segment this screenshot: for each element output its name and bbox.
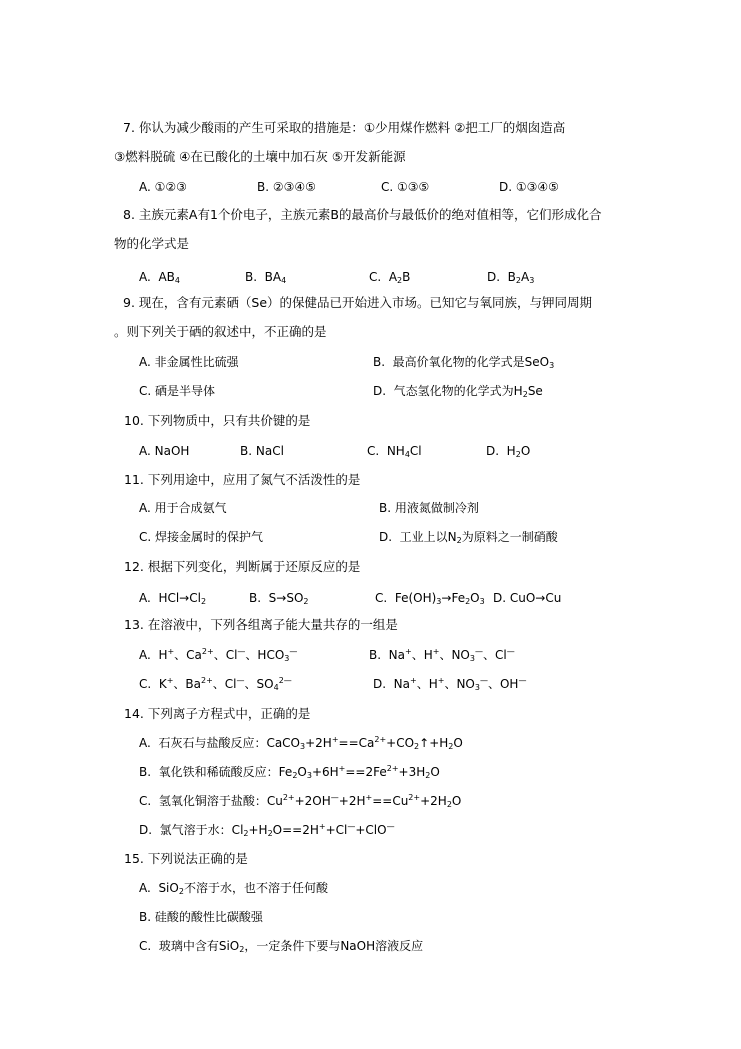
- question-12-option-c: C. Fe(OH)3→Fe2O3: [375, 590, 485, 606]
- question-12-option-d: D. CuO→Cu: [493, 590, 561, 606]
- question-7-option-b: B. ②③④⑤: [257, 179, 316, 195]
- question-8-option-d: D. B2A3: [487, 269, 534, 285]
- question-12-stem: 12. 根据下列变化，判断属于还原反应的是: [124, 559, 360, 575]
- question-10-stem: 10. 下列物质中，只有共价键的是: [124, 413, 310, 429]
- question-11-option-a: A. 用于合成氨气: [139, 500, 227, 516]
- question-12-option-b: B. S→SO2: [249, 590, 309, 606]
- question-8-option-c: C. A2B: [369, 269, 410, 285]
- question-13-option-d: D. Na+、H+、NO3—、OH—: [373, 676, 526, 692]
- question-9-line-2: 。则下列关于硒的叙述中，不正确的是: [114, 324, 327, 340]
- question-14-option-b: B. 氧化铁和稀硫酸反应：Fe2O3+6H+==2Fe2++3H2O: [139, 764, 440, 780]
- question-15-option-c: C. 玻璃中含有SiO2，一定条件下要与NaOH溶液反应: [139, 938, 423, 954]
- question-14-stem: 14. 下列离子方程式中，正确的是: [124, 706, 310, 722]
- question-9-option-d: D. 气态氢化物的化学式为H2Se: [373, 383, 543, 399]
- question-8-option-a: A. AB4: [139, 269, 180, 285]
- question-7-line-2: ③燃料脱硫 ④在已酸化的土壤中加石灰 ⑤开发新能源: [114, 149, 406, 165]
- question-13-option-c: C. K+、Ba2+、Cl—、SO42—: [139, 676, 292, 692]
- question-8-line-1: 8. 主族元素A有1个价电子，主族元素B的最高价与最低价的绝对值相等，它们形成化…: [123, 207, 601, 223]
- question-7-line-1: 7. 你认为减少酸雨的产生可采取的措施是：①少用煤作燃料 ②把工厂的烟囱造高: [123, 120, 565, 136]
- question-13-stem: 13. 在溶液中，下列各组离子能大量共存的一组是: [124, 617, 398, 633]
- question-15-stem: 15. 下列说法正确的是: [124, 851, 248, 867]
- question-10-option-d: D. H2O: [486, 443, 530, 459]
- question-7-option-a: A. ①②③: [139, 179, 187, 195]
- question-13-option-b: B. Na+、H+、NO3—、Cl—: [369, 647, 515, 663]
- question-10-option-a: A. NaOH: [139, 443, 189, 459]
- question-10-option-b: B. NaCl: [240, 443, 284, 459]
- question-9-option-a: A. 非金属性比硫强: [139, 354, 239, 370]
- question-13-option-a: A. H+、Ca2+、Cl—、HCO3—: [139, 647, 297, 663]
- question-7-option-c: C. ①③⑤: [381, 179, 429, 195]
- question-8-option-b: B. BA4: [245, 269, 286, 285]
- question-8-line-2: 物的化学式是: [114, 236, 189, 252]
- question-11-option-d: D. 工业上以N2为原料之一制硝酸: [379, 529, 558, 545]
- question-10-option-c: C. NH4Cl: [367, 443, 422, 459]
- question-11-option-c: C. 焊接金属时的保护气: [139, 529, 263, 545]
- question-9-line-1: 9. 现在，含有元素硒（Se）的保健品已开始进入市场。已知它与氧同族，与钾同周期: [123, 295, 592, 311]
- question-15-option-a: A. SiO2不溶于水，也不溶于任何酸: [139, 880, 328, 896]
- question-12-option-a: A. HCl→Cl2: [139, 590, 206, 606]
- question-15-option-b: B. 硅酸的酸性比碳酸强: [139, 909, 263, 925]
- question-14-option-a: A. 石灰石与盐酸反应：CaCO3+2H+==Ca2++CO2↑+H2O: [139, 735, 463, 751]
- question-11-option-b: B. 用液氮做制冷剂: [379, 500, 479, 516]
- question-9-option-b: B. 最高价氧化物的化学式是SeO3: [373, 354, 554, 370]
- question-7-option-d: D. ①③④⑤: [499, 179, 559, 195]
- question-9-option-c: C. 硒是半导体: [139, 383, 215, 399]
- question-14-option-c: C. 氢氧化铜溶于盐酸：Cu2++2OH—+2H+==Cu2++2H2O: [139, 793, 461, 809]
- question-11-stem: 11. 下列用途中，应用了氮气不活泼性的是: [124, 472, 360, 488]
- question-14-option-d: D. 氯气溶于水：Cl2+H2O==2H++Cl—+ClO—: [139, 822, 395, 838]
